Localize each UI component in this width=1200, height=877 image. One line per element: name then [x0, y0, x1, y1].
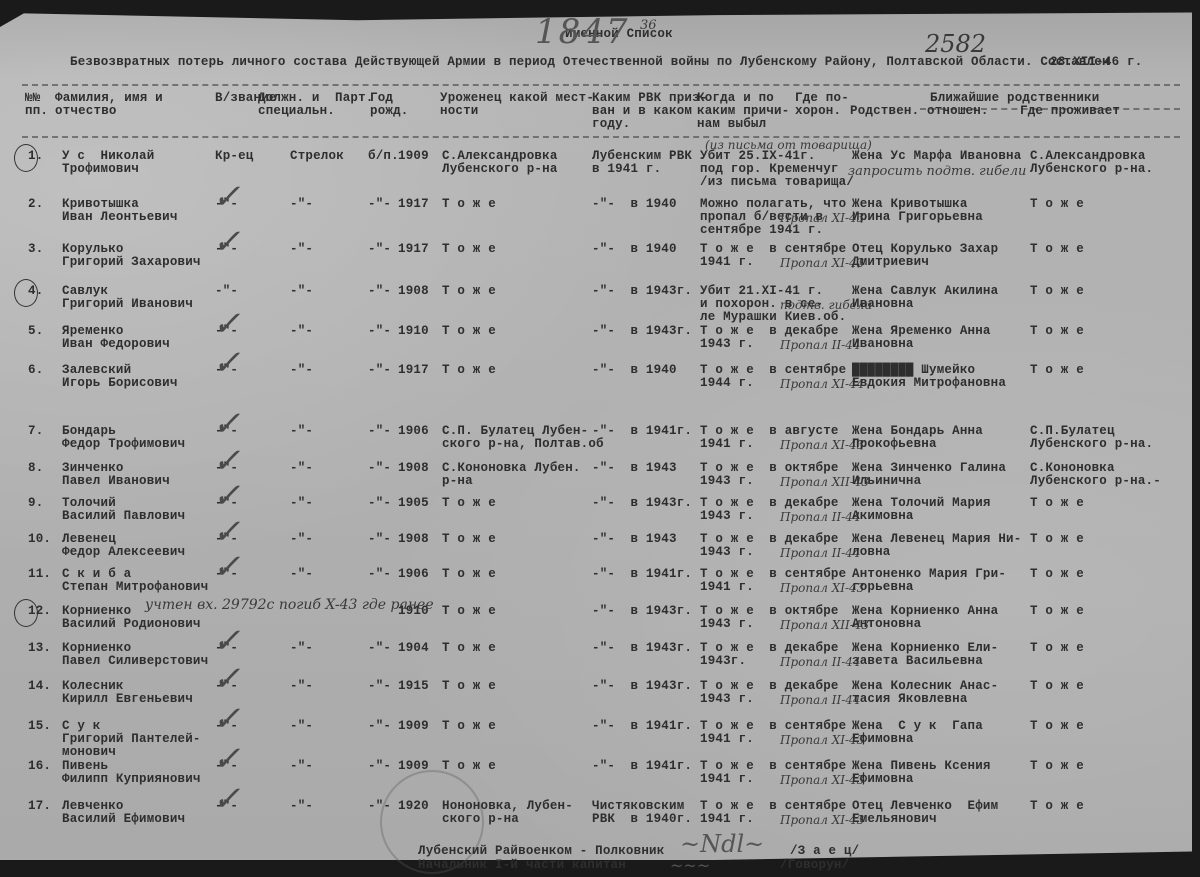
row-birthplace: Т о ж е: [442, 243, 496, 256]
document-subtitle: Безвозвратных потерь личного состава Дей…: [70, 56, 1110, 69]
row-party: -"-: [368, 642, 391, 655]
row-birthplace: р-на: [442, 475, 473, 488]
row-name: Василий Родионович: [62, 618, 201, 631]
row-relative: Евдокия Митрофановна: [852, 377, 1006, 390]
row-residence: Лубенского р-на.-: [1030, 475, 1161, 488]
row-residence: Т о ж е: [1030, 243, 1084, 256]
row-position: -"-: [290, 642, 313, 655]
row-birthplace: Т о ж е: [442, 642, 496, 655]
row-relative: Ильинична: [852, 475, 921, 488]
row-death: 1943 г.: [700, 693, 754, 706]
row-birthplace: Т о ж е: [442, 533, 496, 546]
row-death-note-handwritten: Пропал II-44: [780, 510, 861, 524]
row-name: Павел Иванович: [62, 475, 170, 488]
header-burial: хорон.: [795, 105, 841, 118]
row-relative: Акимовна: [852, 510, 914, 523]
header-birth-year: рожд.: [370, 105, 409, 118]
row-position: -"-: [290, 243, 313, 256]
row-death-note-handwritten: Пропал II-44: [780, 338, 861, 352]
row-rvk: в 1941 г.: [592, 163, 661, 176]
row-name: Федор Трофимович: [62, 438, 185, 451]
row-death: 1943 г.: [700, 510, 754, 523]
row-position: -"-: [290, 325, 313, 338]
row-birthplace: Т о ж е: [442, 198, 496, 211]
row-relative: Прокофьевна: [852, 438, 937, 451]
row-birthplace: Лубенского р-на: [442, 163, 558, 176]
row-death: 1943г.: [700, 655, 746, 668]
row-position: Стрелок: [290, 150, 344, 163]
row-rvk: -"- в 1941г.: [592, 720, 692, 733]
row-rvk: -"- в 1941г.: [592, 425, 692, 438]
row-birthplace: Т о ж е: [442, 285, 496, 298]
row-name: Павел Силиверстович: [62, 655, 208, 668]
row-death: 1941 г.: [700, 438, 754, 451]
dashed-rule: [22, 84, 1180, 86]
row-party: -"-: [368, 243, 391, 256]
row-position: -"-: [290, 533, 313, 546]
row-birth-year: 1915: [398, 680, 429, 693]
row-number: 16.: [28, 760, 51, 773]
row-number: 15.: [28, 720, 51, 733]
row-number: 17.: [28, 800, 51, 813]
row-number: 10.: [28, 533, 51, 546]
row-death-note-handwritten: Пропал II-44: [780, 693, 861, 707]
row-position: -"-: [290, 198, 313, 211]
row-party: -"-: [368, 720, 391, 733]
row-death: 1943 г.: [700, 618, 754, 631]
row-residence: Лубенского р-на.: [1030, 438, 1153, 451]
row-relative: Емельянович: [852, 813, 937, 826]
row-rvk: -"- в 1943г.: [592, 497, 692, 510]
row-birthplace: Т о ж е: [442, 720, 496, 733]
row-position: -"-: [290, 568, 313, 581]
row-death: 1941 г.: [700, 813, 754, 826]
row-relative: Ефимовна: [852, 733, 914, 746]
row-relative: Ивановна: [852, 298, 914, 311]
row-name: Федор Алексеевич: [62, 546, 185, 559]
row-party: -"-: [368, 285, 391, 298]
row-relative: тасия Яковлевна: [852, 693, 968, 706]
header-death: нам выбыл: [697, 118, 766, 131]
row-death: 1943 г.: [700, 338, 754, 351]
row-rvk: -"- в 1943г.: [592, 642, 692, 655]
row-death-note-handwritten: Пропал II-44: [780, 546, 861, 560]
signature-name-1: /З а е ц/: [790, 845, 859, 858]
row-death: 1941 г.: [700, 733, 754, 746]
row-birthplace: Т о ж е: [442, 364, 496, 377]
row-birthplace: Т о ж е: [442, 568, 496, 581]
row-residence: Т о ж е: [1030, 364, 1084, 377]
row-death: 1943 г.: [700, 475, 754, 488]
row-relative: горьевна: [852, 581, 914, 594]
document-date: 28.XII-46 г.: [1050, 56, 1142, 69]
row-position: -"-: [290, 720, 313, 733]
row-name: Григорий Захарович: [62, 256, 201, 269]
row-party: б/п.: [368, 150, 399, 163]
row-name: Игорь Борисович: [62, 377, 178, 390]
header-residence: Где проживает: [1020, 105, 1120, 118]
header-rvk: году.: [592, 118, 631, 131]
row-name: Трофимович: [62, 163, 139, 176]
row-birth-year: 1908: [398, 533, 429, 546]
row-position: -"-: [290, 364, 313, 377]
row-relative: завета Васильевна: [852, 655, 983, 668]
row-death-note-handwritten: Пропал II-44: [780, 655, 861, 669]
header-position: специальн.: [258, 105, 335, 118]
row-birthplace: Т о ж е: [442, 325, 496, 338]
row-rvk: -"- в 1943г.: [592, 285, 692, 298]
row-death: 1941 г.: [700, 581, 754, 594]
row-party: -"-: [368, 198, 391, 211]
row-name: Василий Павлович: [62, 510, 185, 523]
reference-number-handwritten: 2582: [925, 30, 986, 58]
row-rvk: -"- в 1940: [592, 243, 677, 256]
row-death: ле Мурашки Киев.об.: [700, 311, 846, 324]
row-number: 9.: [28, 497, 43, 510]
row-birth-year: 1920: [398, 800, 429, 813]
row-birthplace: ского р-на: [442, 813, 519, 826]
row-position: -"-: [290, 497, 313, 510]
row-residence: Лубенского р-на.: [1030, 163, 1153, 176]
row-birth-year: 1909: [398, 720, 429, 733]
signature-title-2: Начальник I-й части капитан: [418, 859, 626, 872]
row-residence: Т о ж е: [1030, 198, 1084, 211]
row-birthplace: Т о ж е: [442, 680, 496, 693]
row-birth-year: 1909: [398, 760, 429, 773]
row-relative: Ирина Григорьевна: [852, 211, 983, 224]
row-rvk: -"- в 1943г.: [592, 325, 692, 338]
signature-title-1: Лубенский Райвоенком - Полковник: [418, 845, 664, 858]
row-party: -"-: [368, 800, 391, 813]
row-death: сентябре 1941 г.: [700, 224, 823, 237]
row-rvk: -"- в 1943г.: [592, 680, 692, 693]
row-name: Иван Леонтьевич: [62, 211, 178, 224]
row-death-note-handwritten: (из письма от товарища): [705, 138, 872, 152]
row-birthplace: Т о ж е: [442, 760, 496, 773]
row-position: -"-: [290, 760, 313, 773]
row-birth-year: 1904: [398, 642, 429, 655]
row-birth-year: 1905: [398, 497, 429, 510]
row-rvk: -"- в 1940: [592, 364, 677, 377]
row-number: 6.: [28, 364, 43, 377]
row-rvk: -"- в 1943: [592, 533, 677, 546]
row-residence: Т о ж е: [1030, 568, 1084, 581]
row-name: Филипп Куприянович: [62, 773, 201, 786]
row-party: -"-: [368, 497, 391, 510]
row-relative: ловна: [852, 546, 891, 559]
row-number: 7.: [28, 425, 43, 438]
row-birth-year: 1909: [398, 150, 429, 163]
row-name: Иван Федорович: [62, 338, 170, 351]
signature-scribble-1: ~Ndl~: [680, 830, 764, 858]
circled-row-number: [14, 599, 38, 627]
row-birth-year: 1906: [398, 568, 429, 581]
row-position: -"-: [290, 425, 313, 438]
circled-row-number: [14, 144, 38, 172]
row-party: -"-: [368, 680, 391, 693]
row-death: 1941 г.: [700, 256, 754, 269]
row-party: -"-: [368, 462, 391, 475]
row-residence: Т о ж е: [1030, 680, 1084, 693]
row-relative: Антоновна: [852, 618, 921, 631]
row-death: 1941 г.: [700, 773, 754, 786]
row-birth-year: 1917: [398, 198, 429, 211]
row-rvk: -"- в 1943г.: [592, 605, 692, 618]
archive-number-handwritten: 1847: [535, 12, 630, 52]
row-birth-year: 1908: [398, 462, 429, 475]
row-residence: Т о ж е: [1030, 285, 1084, 298]
row-death: /из письма товарища/: [700, 176, 854, 189]
row-death: 1944 г.: [700, 377, 754, 390]
header-party: Парт.: [335, 92, 374, 105]
row-number: 2.: [28, 198, 43, 211]
row-name: Степан Митрофанович: [62, 581, 208, 594]
row-rvk: -"- в 1941г.: [592, 760, 692, 773]
page-number-handwritten: 36: [640, 18, 657, 33]
row-party: -"-: [368, 568, 391, 581]
dashed-rule: [22, 136, 1180, 138]
row-relative: Дмитриевич: [852, 256, 929, 269]
row-name: монович: [62, 746, 116, 759]
row-rvk: -"- в 1941г.: [592, 568, 692, 581]
row-note-handwritten: учтен вх. 29792с погиб X-43 где ранее: [145, 597, 434, 613]
row-relative-note-handwritten: запросить подтв. гибели: [848, 164, 1026, 179]
row-party: -"-: [368, 325, 391, 338]
row-birth-year: 1910: [398, 325, 429, 338]
row-birthplace: Т о ж е: [442, 605, 496, 618]
header-birthplace: ности: [440, 105, 479, 118]
row-residence: Т о ж е: [1030, 800, 1084, 813]
row-relative: Жена Ус Марфа Ивановна: [852, 150, 1021, 163]
row-rank: -"-: [215, 285, 238, 298]
circled-row-number: [14, 279, 38, 307]
row-rank: Кр-ец: [215, 150, 254, 163]
row-birthplace: ского р-на, Полтав.об: [442, 438, 604, 451]
row-position: -"-: [290, 680, 313, 693]
row-residence: Т о ж е: [1030, 497, 1084, 510]
row-number: 5.: [28, 325, 43, 338]
row-residence: Т о ж е: [1030, 325, 1084, 338]
row-birth-year: 1908: [398, 285, 429, 298]
row-number: 3.: [28, 243, 43, 256]
row-residence: Т о ж е: [1030, 533, 1084, 546]
signature-name-2: /Говорун/: [780, 859, 849, 872]
row-name: Кирилл Евгеньевич: [62, 693, 193, 706]
row-number: 8.: [28, 462, 43, 475]
header-name: отчество: [55, 105, 117, 118]
row-rvk: -"- в 1943: [592, 462, 677, 475]
row-number: 14.: [28, 680, 51, 693]
row-birth-year: 1917: [398, 364, 429, 377]
row-party: -"-: [368, 760, 391, 773]
row-name: Василий Ефимович: [62, 813, 185, 826]
row-birth-year: 1906: [398, 425, 429, 438]
row-residence: Т о ж е: [1030, 760, 1084, 773]
header-relation: Родствен. отношен.: [850, 105, 989, 118]
row-position: -"-: [290, 462, 313, 475]
row-party: -"-: [368, 533, 391, 546]
row-birthplace: Т о ж е: [442, 497, 496, 510]
row-death: 1943 г.: [700, 546, 754, 559]
row-rvk: РВК в 1940г.: [592, 813, 692, 826]
row-name: Григорий Иванович: [62, 298, 193, 311]
row-position: -"-: [290, 800, 313, 813]
row-birth-year: 1917: [398, 243, 429, 256]
row-relative: Ефимовна: [852, 773, 914, 786]
row-rvk: -"- в 1940: [592, 198, 677, 211]
row-residence: Т о ж е: [1030, 605, 1084, 618]
row-number: 13.: [28, 642, 51, 655]
row-party: -"-: [368, 425, 391, 438]
row-residence: Т о ж е: [1030, 642, 1084, 655]
header-no: пп.: [25, 105, 48, 118]
row-number: 11.: [28, 568, 51, 581]
row-residence: Т о ж е: [1030, 720, 1084, 733]
signature-scribble-2: ~~~: [670, 856, 710, 875]
row-party: -"-: [368, 364, 391, 377]
row-position: -"-: [290, 285, 313, 298]
row-relative: Ивановна: [852, 338, 914, 351]
